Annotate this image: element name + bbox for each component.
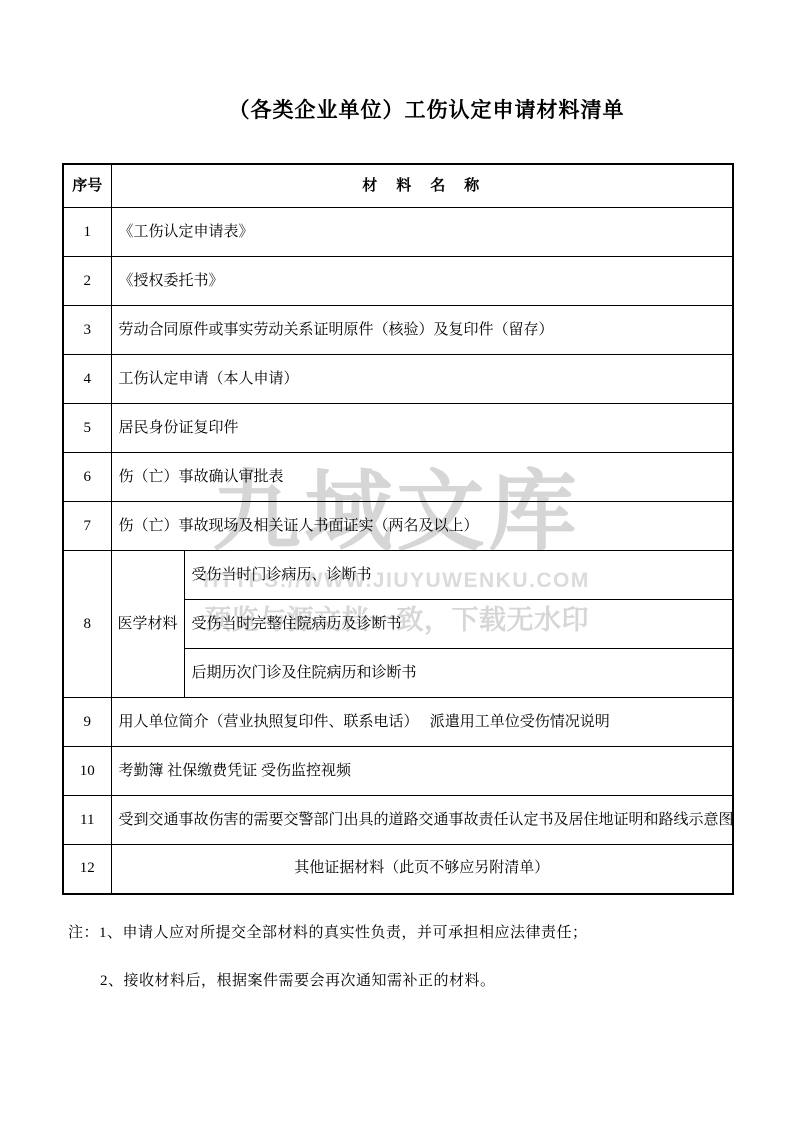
page-title: （各类企业单位）工伤认定申请材料清单 [0,94,793,124]
row-material-subitem: 受伤当时完整住院病历及诊断书 [184,600,733,649]
row-material-name: 伤（亡）事故现场及相关证人书面证实（两名及以上） [111,502,733,551]
note-line-2: 2、接收材料后，根据案件需要会再次通知需补正的材料。 [100,969,496,990]
table-row: 12 其他证据材料（此页不够应另附清单） [63,845,733,894]
row-seq: 8 [63,551,111,698]
row-seq: 5 [63,404,111,453]
row-seq: 3 [63,306,111,355]
table-row-group: 8 医学材料 受伤当时门诊病历、诊断书 [63,551,733,600]
row-material-name: 受到交通事故伤害的需要交警部门出具的道路交通事故责任认定书及居住地证明和路线示意… [111,796,733,845]
table-row: 7 伤（亡）事故现场及相关证人书面证实（两名及以上） [63,502,733,551]
table-header-row: 序号 材 料 名 称 [63,164,733,208]
table-row: 4 工伤认定申请（本人申请） [63,355,733,404]
row-seq: 7 [63,502,111,551]
row-material-name: 工伤认定申请（本人申请） [111,355,733,404]
row-seq: 6 [63,453,111,502]
note-line-1: 注：1、申请人应对所提交全部材料的真实性负责，并可承担相应法律责任； [68,921,588,942]
row-material-subitem: 后期历次门诊及住院病历和诊断书 [184,649,733,698]
table-row: 6 伤（亡）事故确认审批表 [63,453,733,502]
row-material-name: 《授权委托书》 [111,257,733,306]
table-row: 3 劳动合同原件或事实劳动关系证明原件（核验）及复印件（留存） [63,306,733,355]
row-material-name: 居民身份证复印件 [111,404,733,453]
table-row: 1 《工伤认定申请表》 [63,208,733,257]
materials-table: 序号 材 料 名 称 1 《工伤认定申请表》 2 《授权委托书》 3 劳动合同原… [62,163,734,895]
row-material-name: 考勤簿 社保缴费凭证 受伤监控视频 [111,747,733,796]
row-seq: 12 [63,845,111,894]
row-material-name: 用人单位简介（营业执照复印件、联系电话） 派遣用工单位受伤情况说明 [111,698,733,747]
row-seq: 2 [63,257,111,306]
row-material-subitem: 受伤当时门诊病历、诊断书 [184,551,733,600]
row-material-name: 《工伤认定申请表》 [111,208,733,257]
row-seq: 10 [63,747,111,796]
row-material-name: 劳动合同原件或事实劳动关系证明原件（核验）及复印件（留存） [111,306,733,355]
row-group-label: 医学材料 [111,551,184,698]
row-material-name: 其他证据材料（此页不够应另附清单） [111,845,733,894]
row-material-name: 伤（亡）事故确认审批表 [111,453,733,502]
table-row: 11 受到交通事故伤害的需要交警部门出具的道路交通事故责任认定书及居住地证明和路… [63,796,733,845]
header-name-cell: 材 料 名 称 [111,164,733,208]
table-row: 2 《授权委托书》 [63,257,733,306]
table-row: 5 居民身份证复印件 [63,404,733,453]
row-seq: 4 [63,355,111,404]
header-seq-cell: 序号 [63,164,111,208]
row-seq: 11 [63,796,111,845]
document-page: 九域文库 HTTPS://WWW.JIUYUWENKU.COM 预览与源文档一致… [0,0,793,1122]
row-seq: 9 [63,698,111,747]
row-seq: 1 [63,208,111,257]
table-row: 10 考勤簿 社保缴费凭证 受伤监控视频 [63,747,733,796]
table-row: 9 用人单位简介（营业执照复印件、联系电话） 派遣用工单位受伤情况说明 [63,698,733,747]
